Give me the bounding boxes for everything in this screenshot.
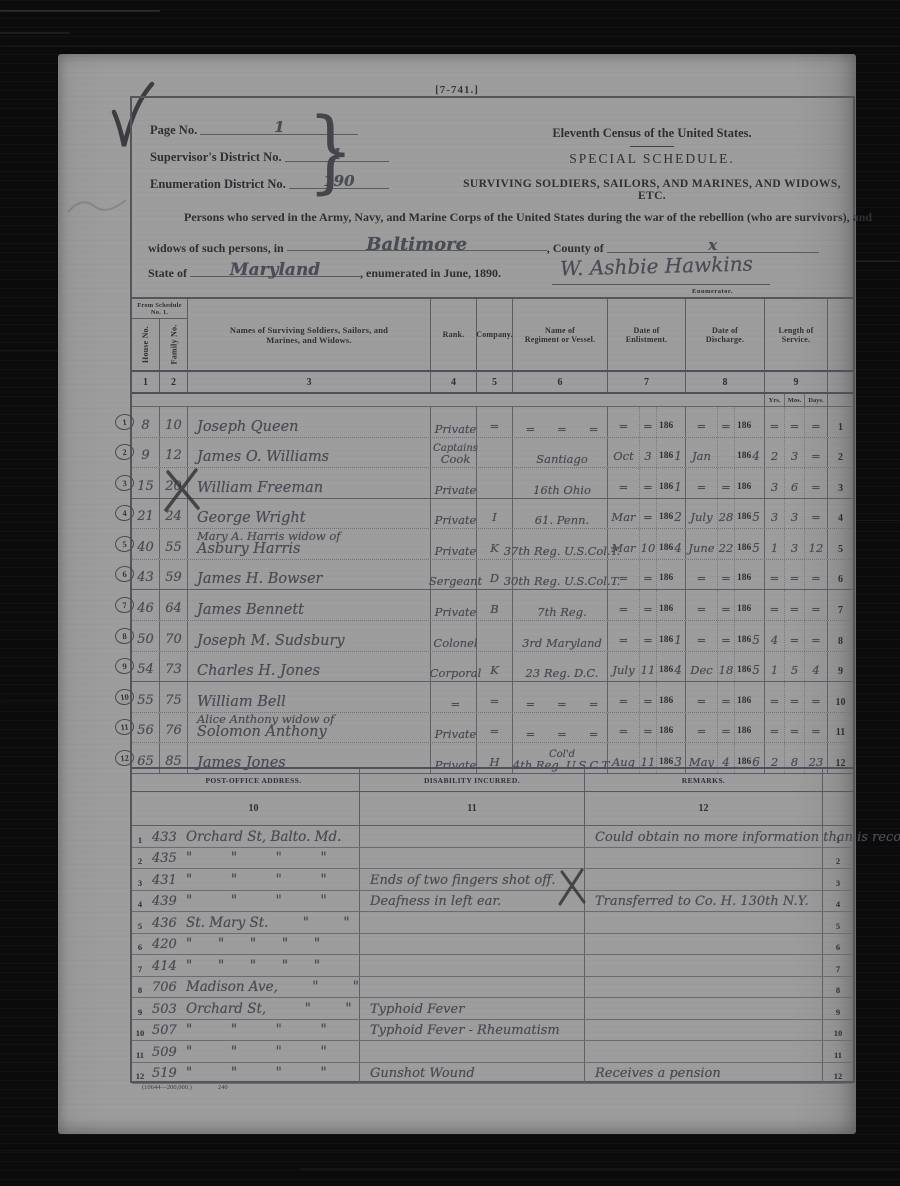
disability-cell [360, 934, 585, 955]
company-cell: B [477, 590, 513, 620]
rank-cell: CaptainsCook [431, 438, 477, 468]
enlist-year-printed: 186 [659, 634, 673, 647]
service-header-line2: Service. [782, 335, 810, 344]
scan-streak [855, 260, 900, 262]
col-num-7: 7 [608, 372, 686, 392]
soldiers-table-body: 810Joseph QueenPrivate== = ===186==186==… [132, 407, 853, 774]
discharge-year-printed: 186 [737, 481, 751, 494]
service-days-cell: = [805, 438, 828, 468]
remarks-header: REMARKS. [585, 769, 823, 791]
regiment-cell: = = = [513, 407, 608, 437]
enlist-day-cell: = [640, 407, 657, 437]
name-cell: Joseph M. Sudsbury [188, 621, 431, 651]
rownum-header [828, 299, 853, 370]
house-no-cell: 54 [132, 652, 160, 682]
post-office-header: POST-OFFICE ADDRESS. [148, 769, 360, 791]
service-days-cell: = [805, 621, 828, 651]
state-label: State of [148, 266, 187, 280]
discharge-month-cell: = [686, 590, 718, 620]
company-header: Company. [477, 299, 513, 370]
service-years-cell: = [765, 713, 785, 743]
rank-value: Private [435, 545, 477, 557]
page-no-label: Page No. [150, 123, 197, 137]
row-number-left: 4 [132, 891, 148, 912]
address-cell: 509" " " " [148, 1041, 360, 1062]
address-row: 10507" " " "Typhoid Fever - Rheumatism10 [132, 1020, 853, 1042]
scan-streak [0, 1150, 900, 1151]
family-no-label: Family No. [169, 325, 178, 365]
regiment-value: = = = [526, 423, 599, 435]
col-num-9: 9 [765, 372, 828, 392]
address-cell: 507" " " " [148, 1020, 360, 1041]
enlist-year-printed: 186 [659, 664, 673, 677]
enlist-year-hand: 4 [674, 664, 682, 677]
family-no-cell: 10 [160, 407, 188, 437]
enlist-day-cell: = [640, 621, 657, 651]
disability-cell: Ends of two fingers shot off. [360, 869, 585, 890]
disability-cell: Typhoid Fever - Rheumatism [360, 1020, 585, 1041]
remarks-cell: Could obtain no more information than is… [585, 826, 823, 847]
page-no-value: 1 [274, 118, 284, 136]
street-or-ditto: " " " " [186, 872, 327, 888]
address-cell: 435" " " " [148, 848, 360, 869]
service-days-cell: 4 [805, 652, 828, 682]
enumerated-label: , enumerated in June, 1890. [360, 266, 501, 280]
house-no-cell: 15 [132, 468, 160, 498]
paper-sheet: [7-741.] Page No. 1 Supervisor's Distric… [58, 54, 856, 1134]
enlist-year-cell: 1864 [657, 529, 686, 559]
discharge-year-printed: 186 [737, 725, 751, 738]
regiment-value: 3rd Maryland [522, 637, 602, 649]
soldier-row: 912James O. WilliamsCaptainsCookSantiago… [132, 438, 853, 469]
enlist-year-hand: 2 [674, 511, 682, 524]
t2-num-blank2 [823, 792, 853, 825]
discharge-year-cell: 186 [735, 682, 765, 712]
soldiers-table-header: From Schedule No. 1. House No. Family No… [132, 299, 853, 372]
row-number-right: 11 [823, 1041, 853, 1062]
name-cell: Joseph Queen [188, 407, 431, 437]
rank-cell: Private [431, 407, 477, 437]
service-months-cell: = [785, 621, 805, 651]
enlistment-header-line1: Date of [633, 326, 659, 335]
disability-cell [360, 848, 585, 869]
discharge-header-line2: Discharge. [706, 335, 744, 344]
regiment-cell: 61. Penn. [513, 499, 608, 529]
service-years-cell: 4 [765, 621, 785, 651]
soldier-name: Solomon Anthony [197, 725, 327, 740]
row-number-left: 9 [132, 998, 148, 1019]
col-num-6: 6 [513, 372, 608, 392]
discharge-day-cell: = [718, 468, 735, 498]
service-months-cell: = [785, 590, 805, 620]
enlist-month-cell: = [608, 682, 640, 712]
brace-glyph: } [308, 112, 354, 192]
family-no-cell: 70 [160, 621, 188, 651]
soldier-name: James H. Bowser [197, 572, 322, 587]
discharge-year-printed: 186 [737, 603, 751, 616]
service-days-cell: = [805, 499, 828, 529]
family-no-cell: 76 [160, 713, 188, 743]
enlist-month-cell: = [608, 621, 640, 651]
service-months-cell: = [785, 682, 805, 712]
rank-cell: Private [431, 529, 477, 559]
discharge-day-cell: 28 [718, 499, 735, 529]
enlist-year-cell: 186 [657, 713, 686, 743]
discharge-month-cell: = [686, 621, 718, 651]
enumeration-district-label: Enumeration District No. [150, 177, 286, 191]
enlist-year-cell: 1864 [657, 652, 686, 682]
soldier-row: 5070Joseph M. SudsburyColonel3rd Marylan… [132, 621, 853, 652]
census-title: Eleventh Census of the United States. [462, 126, 842, 141]
house-no-cell: 40 [132, 529, 160, 559]
service-months-cell: = [785, 560, 805, 590]
street-or-ditto: " " " " [186, 850, 327, 866]
row-number-right: 1 [823, 826, 853, 847]
company-cell [477, 468, 513, 498]
house-number: 435 [152, 851, 186, 866]
row-number-right: 5 [828, 529, 853, 559]
disability-cell: Deafness in left ear. [360, 891, 585, 912]
regiment-cell: 16th Ohio [513, 468, 608, 498]
soldier-row: 2124George WrightPrivateI61. Penn.Mar=18… [132, 499, 853, 530]
row-number-left: 8 [132, 977, 148, 998]
soldier-name: Asbury Harris [197, 542, 301, 557]
soldier-name: James Bennett [197, 603, 304, 618]
enlist-year-printed: 186 [659, 542, 673, 555]
service-months-cell: 3 [785, 499, 805, 529]
form-number: [7-741.] [58, 84, 856, 96]
enlist-year-cell: 1861 [657, 468, 686, 498]
column-number-row: 1 2 3 4 5 6 7 8 9 [132, 372, 853, 394]
enlist-month-cell: = [608, 590, 640, 620]
discharge-year-printed: 186 [737, 420, 751, 433]
regiment-header-line2: Regiment or Vessel. [525, 335, 596, 344]
sub-blank2 [828, 394, 853, 406]
col-num-4: 4 [431, 372, 477, 392]
disability-cell [360, 955, 585, 976]
service-days-cell: = [805, 468, 828, 498]
rank-value: Private [435, 514, 477, 526]
row-number-right: 6 [823, 934, 853, 955]
name-cell: Charles H. Jones [188, 652, 431, 682]
rank-value: Private [435, 423, 477, 435]
regiment-value: = = = [526, 728, 599, 740]
family-no-cell: 59 [160, 560, 188, 590]
house-no-cell: 43 [132, 560, 160, 590]
t2-blank [132, 769, 148, 791]
address-table-header: POST-OFFICE ADDRESS. DISABILITY INCURRED… [132, 769, 853, 792]
enlist-year-printed: 186 [659, 420, 673, 433]
address-row: 9503Orchard St, " "Typhoid Fever9 [132, 998, 853, 1020]
soldiers-table: From Schedule No. 1. House No. Family No… [132, 297, 853, 774]
enlist-year-cell: 1862 [657, 499, 686, 529]
enlist-year-cell: 1861 [657, 438, 686, 468]
street-or-ditto: Orchard St, " " [186, 1001, 352, 1017]
name-cell: George Wright [188, 499, 431, 529]
disability-cell [360, 1041, 585, 1062]
soldier-row: 4664James BennettPrivateB7th Reg.==186==… [132, 590, 853, 621]
soldier-name: Joseph M. Sudsbury [197, 634, 345, 649]
rank-cell: Private [431, 713, 477, 743]
signature-line [552, 284, 770, 285]
discharge-year-cell: 186 [735, 468, 765, 498]
rank-cell: Private [431, 499, 477, 529]
name-cell: James H. Bowser [188, 560, 431, 590]
scan-streak [0, 10, 160, 12]
row-number-left: 5 [132, 912, 148, 933]
discharge-month-cell: June [686, 529, 718, 559]
address-table: POST-OFFICE ADDRESS. DISABILITY INCURRED… [132, 767, 853, 1084]
address-row: 6420" " " " "6 [132, 934, 853, 956]
regiment-cell: = = = [513, 713, 608, 743]
row-number-right: 7 [828, 590, 853, 620]
soldier-name: William Freeman [197, 481, 323, 496]
row-number-right: 4 [823, 891, 853, 912]
regiment-cell: 7th Reg. [513, 590, 608, 620]
discharge-year-printed: 186 [737, 695, 751, 708]
sheet-number: 240 [218, 1084, 228, 1091]
discharge-year-hand: 4 [752, 450, 760, 463]
house-number: 420 [152, 937, 186, 952]
row-number-right: 2 [823, 848, 853, 869]
enlist-month-cell: July [608, 652, 640, 682]
service-years-cell: = [765, 682, 785, 712]
service-subheader-row: Yrs. Mos. Days. [132, 394, 853, 407]
service-days-cell: = [805, 682, 828, 712]
intro-in-label: widows of such persons, in [148, 241, 284, 255]
enumerator-label: Enumerator. [692, 288, 733, 295]
company-cell: = [477, 682, 513, 712]
remarks-cell [585, 998, 823, 1019]
company-cell: I [477, 499, 513, 529]
enlist-day-cell: 10 [640, 529, 657, 559]
enlist-year-printed: 186 [659, 450, 673, 463]
soldier-row: 4055Mary A. Harris widow ofAsbury Harris… [132, 529, 853, 560]
discharge-header: Date of Discharge. [686, 299, 765, 370]
row-number-right: 6 [828, 560, 853, 590]
scan-streak [0, 46, 900, 47]
from-schedule-header: From Schedule No. 1. [132, 299, 188, 319]
rank-value: Private [435, 484, 477, 496]
enlist-year-cell: 186 [657, 682, 686, 712]
disability-cell: Typhoid Fever [360, 998, 585, 1019]
remarks-cell [585, 955, 823, 976]
address-row: 11509" " " "11 [132, 1041, 853, 1063]
county-value: x [708, 236, 717, 254]
row-number-right: 12 [823, 1063, 853, 1084]
house-no-cell: 21 [132, 499, 160, 529]
house-no-cell: 8 [132, 407, 160, 437]
family-no-cell: 24 [160, 499, 188, 529]
family-no-cell: 20 [160, 468, 188, 498]
soldier-name: Joseph Queen [197, 420, 299, 435]
enlist-year-printed: 186 [659, 725, 673, 738]
t2-blank2 [823, 769, 853, 791]
street-or-ditto: Orchard St, Balto. Md. [186, 829, 341, 845]
t2-num-blank [132, 792, 148, 825]
pencil-smudge [64, 190, 134, 220]
address-cell: 433Orchard St, Balto. Md. [148, 826, 360, 847]
address-table-body: 1433Orchard St, Balto. Md.Could obtain n… [132, 826, 853, 1084]
house-number: 433 [152, 830, 186, 845]
regiment-cell: = = = [513, 682, 608, 712]
street-or-ditto: " " " " [186, 1022, 327, 1038]
row-number-right: 10 [828, 682, 853, 712]
discharge-year-hand: 5 [752, 634, 760, 647]
remarks-cell [585, 1041, 823, 1062]
family-no-header: Family No. [160, 319, 188, 370]
name-cell: William Freeman [188, 468, 431, 498]
discharge-year-hand: 5 [752, 511, 760, 524]
discharge-year-printed: 186 [737, 450, 751, 463]
regiment-cell: 3rd Maryland [513, 621, 608, 651]
schedule-titles: Eleventh Census of the United States. SP… [462, 126, 842, 202]
intro-line-1: Persons who served in the Army, Navy, an… [148, 210, 840, 225]
enlist-year-hand: 4 [674, 542, 682, 555]
remarks-cell [585, 869, 823, 890]
discharge-year-cell: 186 [735, 713, 765, 743]
scan-streak [0, 700, 58, 701]
regiment-value: 30th Reg. U.S.Col.T. [504, 575, 621, 587]
service-years-cell: 1 [765, 529, 785, 559]
rank-value: = [451, 698, 461, 710]
service-header: Length of Service. [765, 299, 828, 370]
discharge-year-cell: 186 [735, 590, 765, 620]
service-days-cell: = [805, 590, 828, 620]
discharge-day-cell [718, 438, 735, 468]
regiment-value: = = = [526, 698, 599, 710]
rank-cell: Colonel [431, 621, 477, 651]
soldier-row: 810Joseph QueenPrivate== = ===186==186==… [132, 407, 853, 438]
enlist-day-cell: = [640, 590, 657, 620]
days-label: Days. [805, 394, 828, 406]
house-number: 439 [152, 894, 186, 909]
address-row: 12519" " " "Gunshot WoundReceives a pens… [132, 1063, 853, 1085]
family-no-cell: 64 [160, 590, 188, 620]
row-number-right: 1 [828, 407, 853, 437]
address-cell: 439" " " " [148, 891, 360, 912]
row-number-left: 3 [132, 869, 148, 890]
regiment-cell: 23 Reg. D.C. [513, 652, 608, 682]
discharge-month-cell: = [686, 560, 718, 590]
address-row: 8706Madison Ave, " "8 [132, 977, 853, 999]
company-cell [477, 621, 513, 651]
row-number-right: 7 [823, 955, 853, 976]
enlist-month-cell: Oct [608, 438, 640, 468]
schedule-subtitle: SURVIVING SOLDIERS, SAILORS, AND MARINES… [462, 178, 842, 202]
discharge-year-printed: 186 [737, 664, 751, 677]
discharge-day-cell: = [718, 713, 735, 743]
col-num-1: 1 [132, 372, 160, 392]
name-cell: Mary A. Harris widow ofAsbury Harris [188, 529, 431, 559]
house-no-cell: 46 [132, 590, 160, 620]
service-years-cell: = [765, 407, 785, 437]
soldier-name: James O. Williams [197, 450, 329, 465]
family-no-cell: 73 [160, 652, 188, 682]
family-no-cell: 75 [160, 682, 188, 712]
county-blank: x [607, 238, 819, 253]
house-number: 414 [152, 959, 186, 974]
rank-value: Private [435, 728, 477, 740]
discharge-year-printed: 186 [737, 634, 751, 647]
service-days-cell: 12 [805, 529, 828, 559]
county-label: , County of [547, 241, 604, 255]
enlist-day-cell: = [640, 560, 657, 590]
enlist-year-printed: 186 [659, 695, 673, 708]
place-blank: Baltimore [287, 236, 547, 251]
service-months-cell: = [785, 713, 805, 743]
discharge-header-line1: Date of [712, 326, 738, 335]
mos-label: Mos. [785, 394, 805, 406]
house-no-cell: 50 [132, 621, 160, 651]
discharge-month-cell: = [686, 468, 718, 498]
rank-cell: Private [431, 468, 477, 498]
title-divider [630, 146, 674, 147]
family-no-cell: 55 [160, 529, 188, 559]
enlist-year-hand: 1 [674, 481, 682, 494]
discharge-year-hand: 5 [752, 542, 760, 555]
col-num-10: 10 [148, 792, 360, 825]
house-number: 436 [152, 916, 186, 931]
regiment-header-line1: Name of [545, 326, 575, 335]
discharge-year-cell: 186 [735, 407, 765, 437]
names-header-line1: Names of Surviving Soldiers, Sailors, an… [230, 325, 388, 335]
discharge-day-cell: = [718, 621, 735, 651]
enlist-year-cell: 186 [657, 560, 686, 590]
soldier-row: 5575William Bell=== = ===186==186===1010 [132, 682, 853, 713]
discharge-day-cell: = [718, 590, 735, 620]
enlist-year-cell: 186 [657, 590, 686, 620]
name-cell: James O. Williams [188, 438, 431, 468]
regiment-value: 61. Penn. [535, 514, 589, 526]
row-number-right: 8 [828, 621, 853, 651]
disability-cell [360, 912, 585, 933]
company-cell [477, 438, 513, 468]
discharge-month-cell: = [686, 713, 718, 743]
house-no-cell: 9 [132, 438, 160, 468]
service-days-cell: = [805, 713, 828, 743]
street-or-ditto: " " " " " [186, 958, 320, 974]
address-cell: 436St. Mary St. " " [148, 912, 360, 933]
enlist-day-cell: = [640, 713, 657, 743]
enlist-day-cell: 3 [640, 438, 657, 468]
soldier-row: 4359James H. BowserSergeantD30th Reg. U.… [132, 560, 853, 591]
scan-streak [300, 1168, 900, 1170]
enlistment-header-line2: Enlistment. [626, 335, 668, 344]
discharge-month-cell: = [686, 682, 718, 712]
service-years-cell: 3 [765, 468, 785, 498]
discharge-year-hand: 5 [752, 664, 760, 677]
rank-value: Cook [441, 453, 471, 465]
soldier-row: 1520William FreemanPrivate16th Ohio==186… [132, 468, 853, 499]
discharge-year-cell: 186 [735, 560, 765, 590]
enlist-month-cell: = [608, 468, 640, 498]
address-cell: 706Madison Ave, " " [148, 977, 360, 998]
service-years-cell: = [765, 560, 785, 590]
disability-cell: Gunshot Wound [360, 1063, 585, 1084]
rank-value: Corporal [430, 667, 482, 679]
service-header-line1: Length of [779, 326, 814, 335]
yrs-label: Yrs. [765, 394, 785, 406]
house-no-cell: 56 [132, 713, 160, 743]
enlist-year-printed: 186 [659, 481, 673, 494]
rank-cell: Sergeant [431, 560, 477, 590]
row-number-left: 10 [132, 1020, 148, 1041]
house-no-label: House No. [141, 326, 150, 363]
disability-cell [360, 826, 585, 847]
col-num-5: 5 [477, 372, 513, 392]
sub-blank [132, 394, 765, 406]
